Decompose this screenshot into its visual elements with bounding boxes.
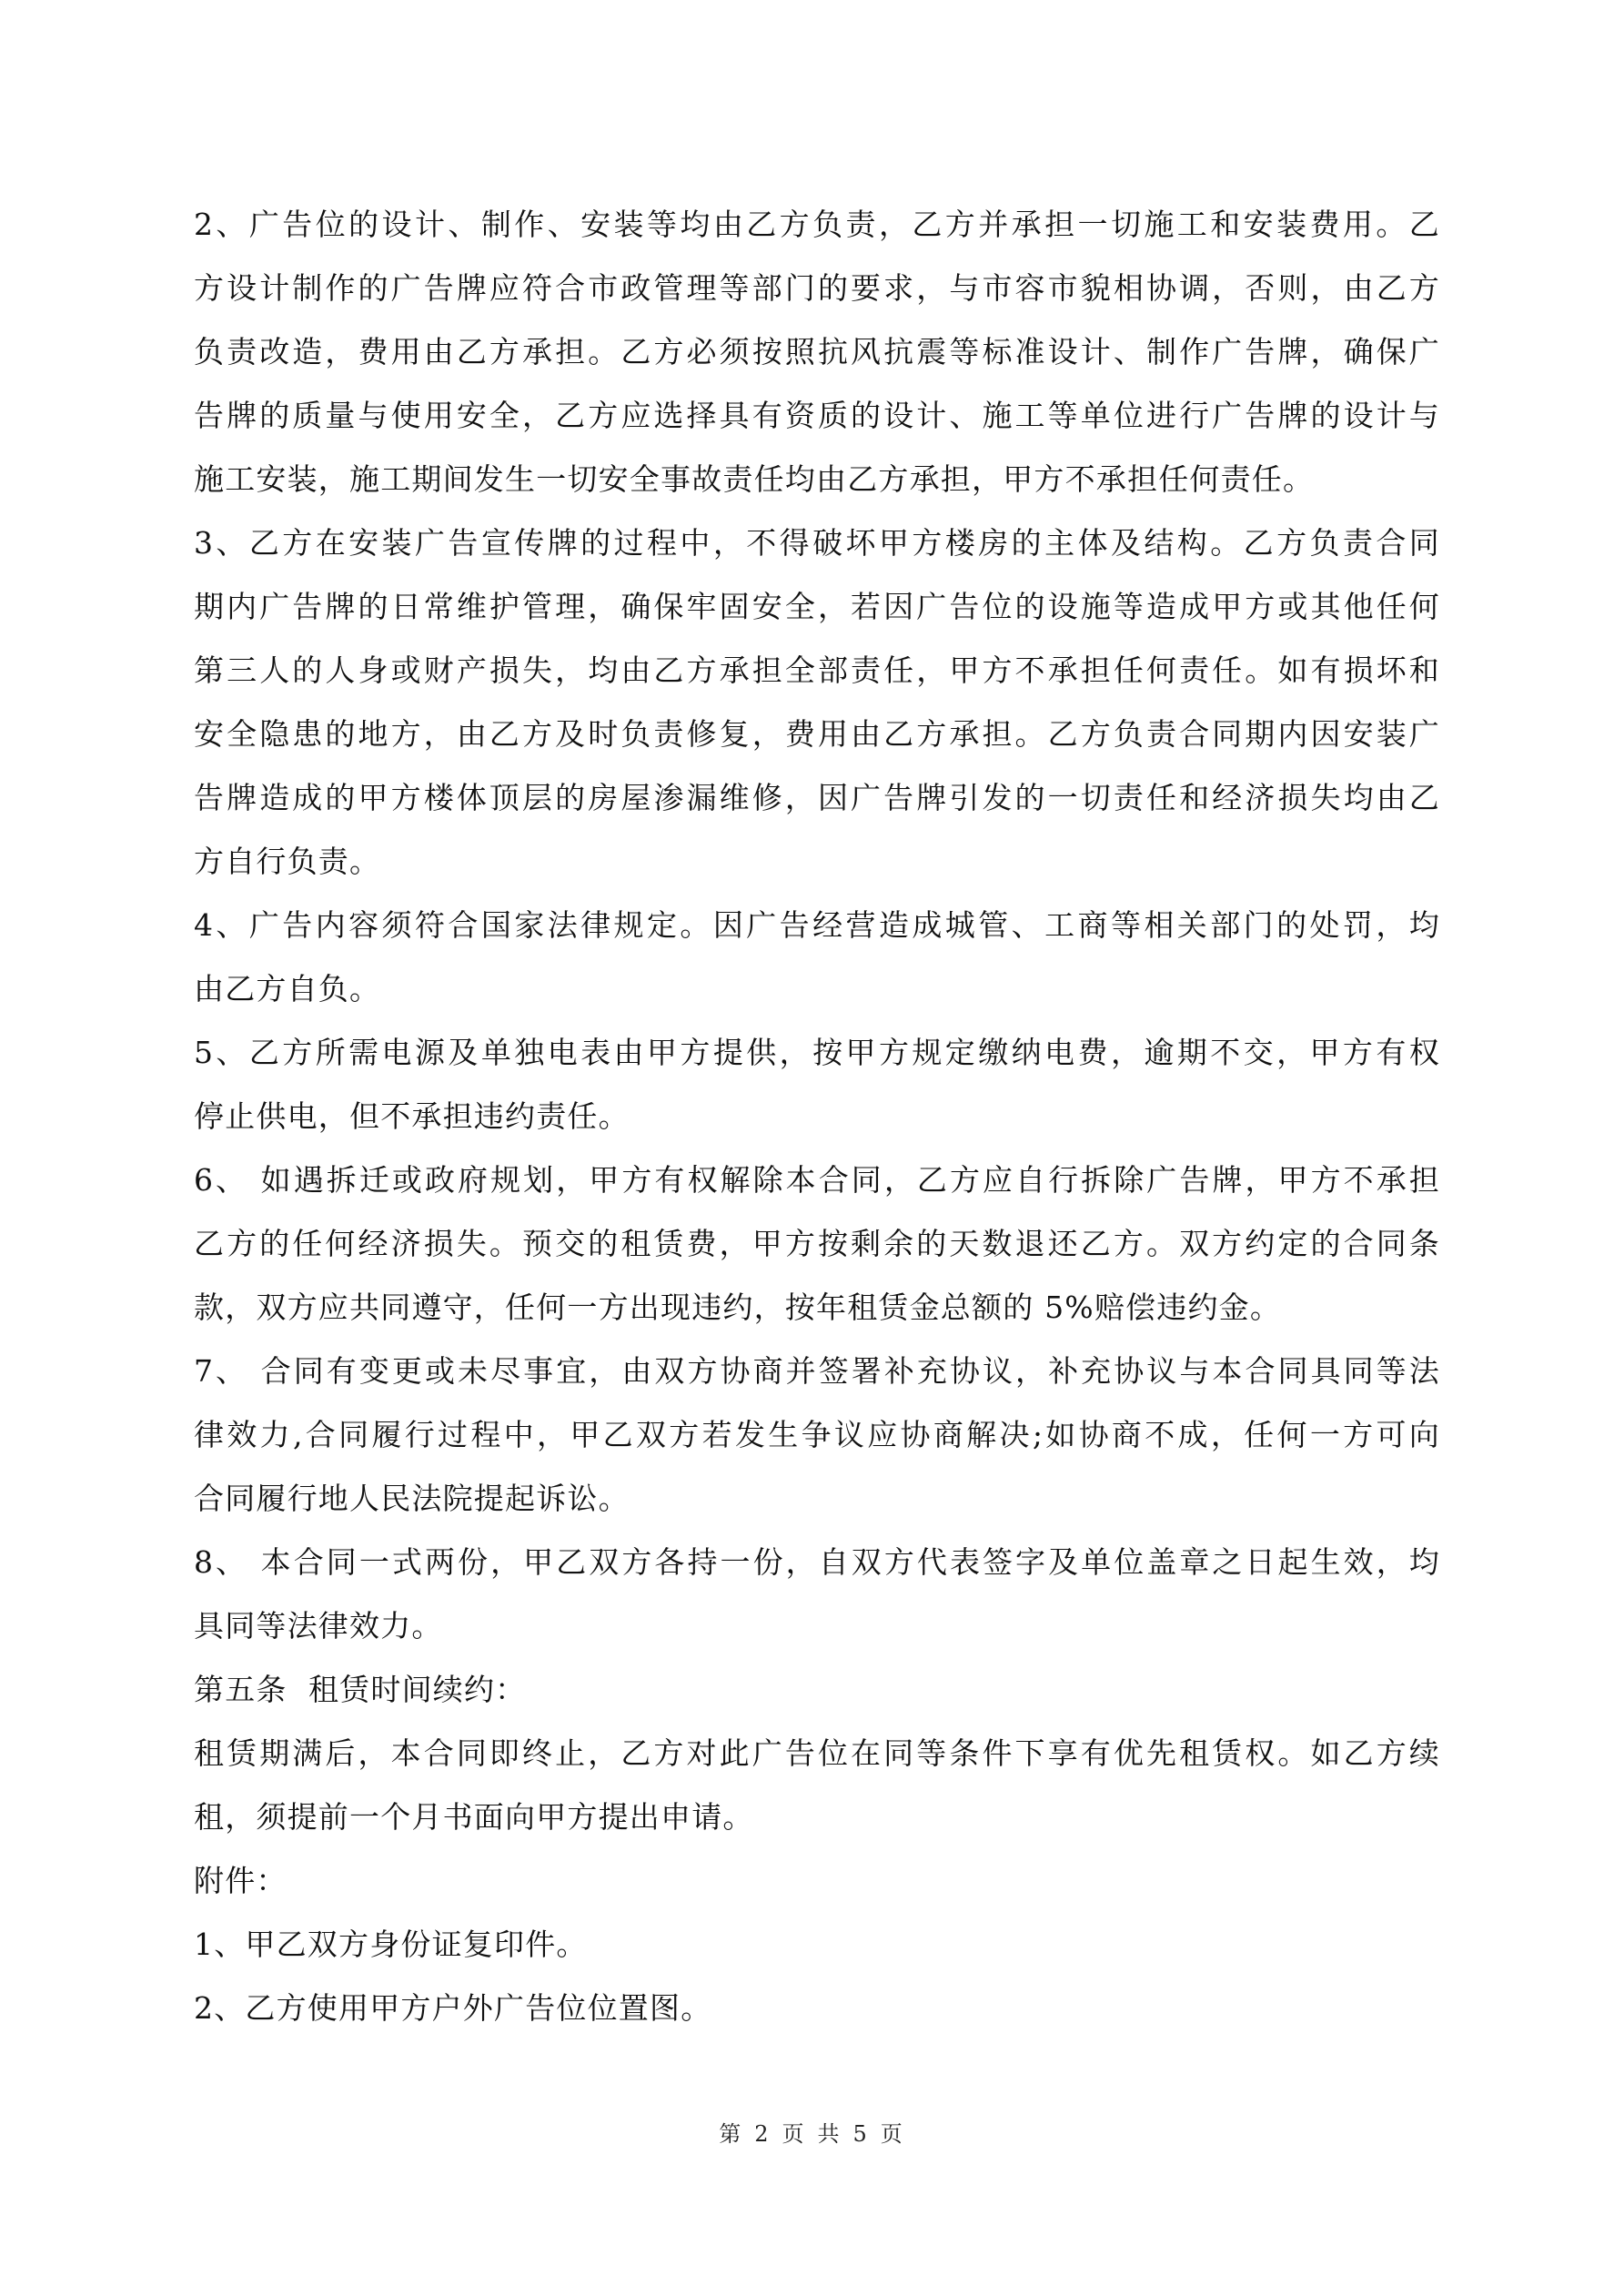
text-line: 安全隐患的地方，由乙方及时负责修复，费用由乙方承担。乙方负责合同期内因安装广 (194, 703, 1440, 766)
list-item: 1、甲乙双方身份证复印件。 (194, 1913, 1440, 1977)
text-line: 6、 如遇拆迁或政府规划，甲方有权解除本合同，乙方应自行拆除广告牌，甲方不承担 (194, 1148, 1440, 1212)
article-5-paragraph: 租赁期满后，本合同即终止，乙方对此广告位在同等条件下享有优先租赁权。如乙方续 租… (194, 1722, 1440, 1849)
text-line: 施工安装，施工期间发生一切安全事故责任均由乙方承担，甲方不承担任何责任。 (194, 448, 1440, 511)
clause-3-paragraph: 3、乙方在安装广告宣传牌的过程中，不得破坏甲方楼房的主体及结构。乙方负责合同 期… (194, 511, 1440, 894)
text-line: 律效力,合同履行过程中，甲乙双方若发生争议应协商解决;如协商不成，任何一方可向 (194, 1403, 1440, 1467)
text-line: 期内广告牌的日常维护管理，确保牢固安全，若因广告位的设施等造成甲方或其他任何 (194, 575, 1440, 639)
text-line: 具同等法律效力。 (194, 1594, 1440, 1658)
clause-2-paragraph: 2、广告位的设计、制作、安装等均由乙方负责，乙方并承担一切施工和安装费用。乙 方… (194, 193, 1440, 511)
total-suffix: 页 (881, 2121, 905, 2147)
text-line: 方设计制作的广告牌应符合市政管理等部门的要求，与市容市貌相协调，否则，由乙方 (194, 257, 1440, 320)
document-page: 2、广告位的设计、制作、安装等均由乙方负责，乙方并承担一切施工和安装费用。乙 方… (0, 0, 1624, 2296)
text-line: 负责改造，费用由乙方承担。乙方必须按照抗风抗震等标准设计、制作广告牌，确保广 (194, 320, 1440, 384)
clause-7-paragraph: 7、 合同有变更或未尽事宜，由双方协商并签署补充协议，补充协议与本合同具同等法 … (194, 1340, 1440, 1531)
text-line: 2、广告位的设计、制作、安装等均由乙方负责，乙方并承担一切施工和安装费用。乙 (194, 193, 1440, 257)
text-line: 第三人的人身或财产损失，均由乙方承担全部责任，甲方不承担任何责任。如有损坏和 (194, 639, 1440, 703)
section-heading: 第五条 租赁时间续约： (194, 1658, 1440, 1722)
text-line: 4、广告内容须符合国家法律规定。因广告经营造成城管、工商等相关部门的处罚，均 (194, 894, 1440, 957)
text-line: 由乙方自负。 (194, 957, 1440, 1021)
text-line: 告牌的质量与使用安全，乙方应选择具有资质的设计、施工等单位进行广告牌的设计与 (194, 384, 1440, 448)
clause-6-paragraph: 6、 如遇拆迁或政府规划，甲方有权解除本合同，乙方应自行拆除广告牌，甲方不承担 … (194, 1148, 1440, 1340)
text-line: 停止供电，但不承担违约责任。 (194, 1085, 1440, 1148)
attachment-1-item: 1、甲乙双方身份证复印件。 (194, 1913, 1440, 1977)
list-item: 2、乙方使用甲方户外广告位位置图。 (194, 1977, 1440, 2040)
attachments-heading: 附件： (194, 1849, 1440, 1913)
page-prefix: 第 (719, 2121, 743, 2147)
text-line: 款，双方应共同遵守，任何一方出现违约，按年租赁金总额的 5%赔偿违约金。 (194, 1276, 1440, 1340)
text-line: 租，须提前一个月书面向甲方提出申请。 (194, 1785, 1440, 1849)
total-pages-number: 5 (853, 2121, 870, 2147)
text-line: 告牌造成的甲方楼体顶层的房屋渗漏维修，因广告牌引发的一切责任和经济损失均由乙 (194, 766, 1440, 830)
clause-5-paragraph: 5、乙方所需电源及单独电表由甲方提供，按甲方规定缴纳电费，逾期不交，甲方有权 停… (194, 1021, 1440, 1148)
article-5-heading: 第五条 租赁时间续约： (194, 1658, 1440, 1722)
text-line: 7、 合同有变更或未尽事宜，由双方协商并签署补充协议，补充协议与本合同具同等法 (194, 1340, 1440, 1403)
page-suffix: 页 (782, 2121, 807, 2147)
text-line: 3、乙方在安装广告宣传牌的过程中，不得破坏甲方楼房的主体及结构。乙方负责合同 (194, 511, 1440, 575)
page-number-footer: 第2页共5页 (0, 2116, 1624, 2148)
total-prefix: 共 (818, 2121, 842, 2147)
attachment-2-item: 2、乙方使用甲方户外广告位位置图。 (194, 1977, 1440, 2040)
document-body: 2、广告位的设计、制作、安装等均由乙方负责，乙方并承担一切施工和安装费用。乙 方… (194, 193, 1440, 2040)
text-line: 5、乙方所需电源及单独电表由甲方提供，按甲方规定缴纳电费，逾期不交，甲方有权 (194, 1021, 1440, 1085)
text-line: 8、 本合同一式两份，甲乙双方各持一份，自双方代表签字及单位盖章之日起生效，均 (194, 1531, 1440, 1594)
section-heading: 附件： (194, 1849, 1440, 1913)
current-page-number: 2 (754, 2121, 771, 2147)
clause-4-paragraph: 4、广告内容须符合国家法律规定。因广告经营造成城管、工商等相关部门的处罚，均 由… (194, 894, 1440, 1021)
text-line: 乙方的任何经济损失。预交的租赁费，甲方按剩余的天数退还乙方。双方约定的合同条 (194, 1212, 1440, 1276)
text-line: 方自行负责。 (194, 830, 1440, 894)
text-line: 租赁期满后，本合同即终止，乙方对此广告位在同等条件下享有优先租赁权。如乙方续 (194, 1722, 1440, 1785)
text-line: 合同履行地人民法院提起诉讼。 (194, 1467, 1440, 1531)
clause-8-paragraph: 8、 本合同一式两份，甲乙双方各持一份，自双方代表签字及单位盖章之日起生效，均 … (194, 1531, 1440, 1658)
